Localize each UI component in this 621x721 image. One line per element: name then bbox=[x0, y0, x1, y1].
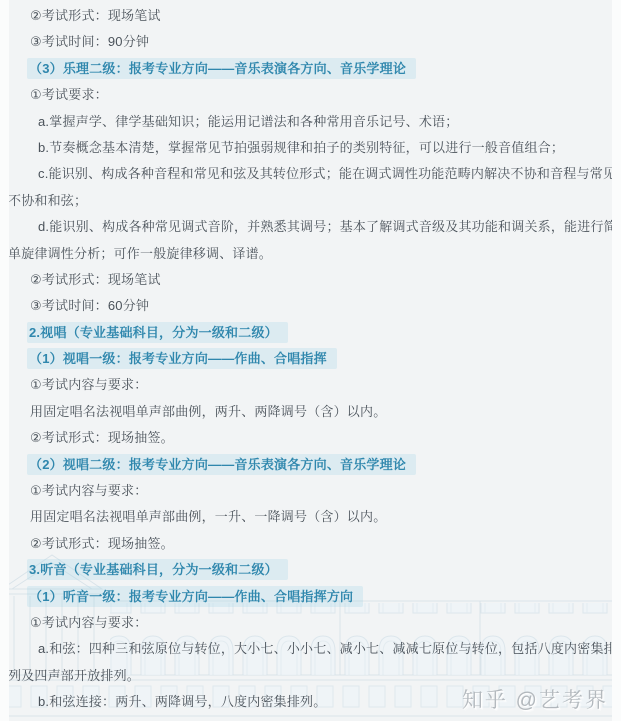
document-heading-line: （1）听音一级：报考专业方向——作曲、合唱指挥方向 bbox=[27, 584, 363, 610]
heading-text: （2）视唱二级：报考专业方向——音乐表演各方向、音乐学理论 bbox=[27, 454, 416, 475]
document-heading-line: 2.视唱（专业基础科目，分为一级和二级） bbox=[27, 320, 288, 346]
document-heading-line: （3）乐理二级：报考专业方向——音乐表演各方向、音乐学理论 bbox=[27, 56, 416, 82]
document-text-line: ②考试形式：现场笔试 bbox=[0, 267, 621, 293]
heading-text: （3）乐理二级：报考专业方向——音乐表演各方向、音乐学理论 bbox=[27, 58, 416, 79]
document-text-line: 用固定唱名法视唱单声部曲例，一升、一降调号（含）以内。 bbox=[0, 504, 621, 530]
document-text-line: a.掌握声学、律学基础知识；能运用记谱法和各种常用音乐记号、术语； bbox=[0, 109, 621, 135]
document-page: ②考试形式：现场笔试③考试时间：90分钟（3）乐理二级：报考专业方向——音乐表演… bbox=[0, 0, 621, 721]
heading-text: 3.听音（专业基础科目，分为一级和二级） bbox=[27, 559, 288, 580]
heading-text: （1）视唱一级：报考专业方向——作曲、合唱指挥 bbox=[27, 348, 337, 369]
document-text-line: ①考试内容与要求： bbox=[0, 610, 621, 636]
document-text-line: ②考试形式：现场抽签。 bbox=[0, 425, 621, 451]
document-heading-line: （1）视唱一级：报考专业方向——作曲、合唱指挥 bbox=[27, 346, 337, 372]
document-text-line: ②考试形式：现场抽签。 bbox=[0, 531, 621, 557]
document-text-line: ①考试内容与要求： bbox=[0, 372, 621, 398]
heading-text: （1）听音一级：报考专业方向——作曲、合唱指挥方向 bbox=[27, 586, 363, 607]
document-text-line: ①考试内容与要求： bbox=[0, 478, 621, 504]
document-text-line: c.能识别、构成各种音程和常见和弦及其转位形式；能在调式调性功能范畴内解决不协和… bbox=[0, 161, 621, 187]
document-text-line: 不协和和弦； bbox=[0, 188, 621, 214]
page-right-margin bbox=[612, 0, 621, 721]
document-text-line: ①考试要求： bbox=[0, 82, 621, 108]
document-text-line: ②考试形式：现场笔试 bbox=[0, 3, 621, 29]
heading-text: 2.视唱（专业基础科目，分为一级和二级） bbox=[27, 322, 288, 343]
document-content: ②考试形式：现场笔试③考试时间：90分钟（3）乐理二级：报考专业方向——音乐表演… bbox=[0, 3, 621, 716]
document-text-line: 用固定唱名法视唱单声部曲例，两升、两降调号（含）以内。 bbox=[0, 399, 621, 425]
watermark: 知乎 @艺考界 bbox=[462, 684, 608, 714]
document-text-line: ③考试时间：90分钟 bbox=[0, 29, 621, 55]
page-left-margin bbox=[0, 0, 9, 721]
document-text-line: b.节奏概念基本清楚，掌握常见节拍强弱规律和拍子的类别特征，可以进行一般音值组合… bbox=[0, 135, 621, 161]
document-text-line: d.能识别、构成各种常见调式音阶，并熟悉其调号；基本了解调式音级及其功能和调关系… bbox=[0, 214, 621, 240]
document-text-line: 单旋律调性分析；可作一般旋律移调、译谱。 bbox=[0, 241, 621, 267]
document-heading-line: （2）视唱二级：报考专业方向——音乐表演各方向、音乐学理论 bbox=[27, 452, 416, 478]
document-heading-line: 3.听音（专业基础科目，分为一级和二级） bbox=[27, 557, 288, 583]
document-text-line: ③考试时间：60分钟 bbox=[0, 293, 621, 319]
document-text-line: a.和弦：四种三和弦原位与转位，大小七、小小七、减小七、减减七原位与转位，包括八… bbox=[0, 636, 621, 662]
